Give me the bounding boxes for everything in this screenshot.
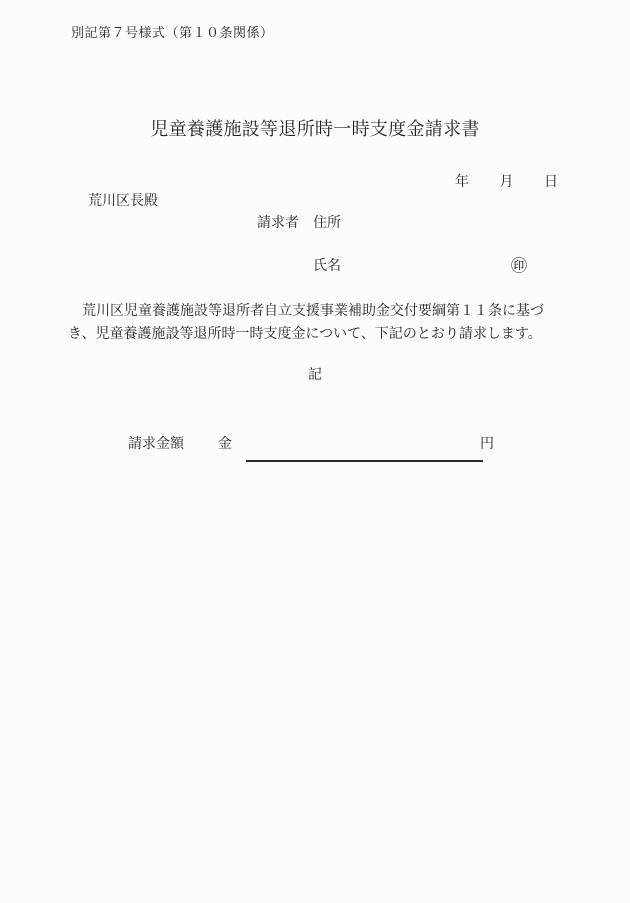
notice-marker: 記 (0, 364, 630, 384)
amount-currency-prefix: 金 (218, 433, 232, 453)
date-line: 年 月 日 (455, 171, 558, 191)
claimant-name-label: 氏名 (313, 255, 341, 275)
addressee-line: 荒川区長殿 (88, 190, 158, 210)
claimant-address-label: 請求者 住所 (257, 212, 341, 232)
amount-value-blank (246, 433, 483, 462)
date-year-label: 年 (455, 171, 469, 191)
date-day-label: 日 (544, 171, 558, 191)
amount-currency-suffix: 円 (480, 433, 494, 453)
body-paragraph: 荒川区児童養護施設等退所者自立支援事業補助金交付要綱第１１条に基づき、児童養護施… (68, 300, 568, 346)
page-title: 児童養護施設等退所時一時支度金請求書 (0, 115, 630, 141)
seal-icon: ㊞ (511, 253, 527, 276)
amount-label: 請求金額 (128, 433, 184, 453)
date-month-label: 月 (500, 171, 514, 191)
request-form-document: 別記第７号様式（第１０条関係） 児童養護施設等退所時一時支度金請求書 年 月 日… (0, 0, 630, 903)
form-number-note: 別記第７号様式（第１０条関係） (71, 22, 274, 41)
